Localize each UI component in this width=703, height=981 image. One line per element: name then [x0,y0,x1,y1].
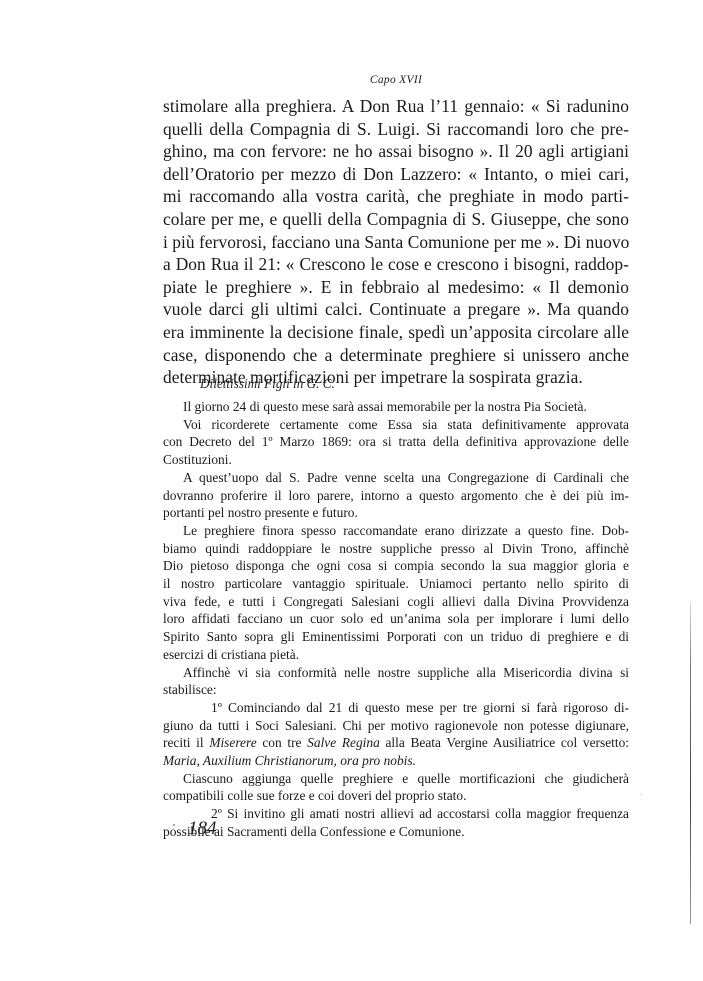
text-fragment: con tre [257,735,308,750]
letter-salutation: Dilettissimi Figli in G. C. [200,376,335,392]
letter-line: loro affidati facciano un cuor solo ed u… [163,610,629,628]
letter-line: viva fede, e tutti i Congregati Salesian… [163,593,629,611]
letter-line: Costituzioni. [163,451,629,469]
scan-speck [641,794,642,795]
text-line: a Don Rua il 21: « Crescono le cose e cr… [163,253,629,276]
letter-line: A quest’uopo dal S. Padre venne scelta u… [163,469,629,487]
letter-line: Il giorno 24 di questo mese sarà assai m… [163,398,629,416]
text-fragment: reciti il [163,735,209,750]
letter-line: stabilisce: [163,681,629,699]
page-number: 184 [188,818,217,840]
letter-line: possibile ai Sacramenti della Confession… [163,823,629,841]
letter-line: 1º Cominciando dal 21 di questo mese per… [163,699,629,717]
letter-line: reciti il Miserere con tre Salve Regina … [163,734,629,752]
text-line: colare per me, e quelli della Compagnia … [163,208,629,231]
letter-line: Voi ricorderete certamente come Essa sia… [163,416,629,434]
text-line: quelli della Compagnia di S. Luigi. Si r… [163,118,629,141]
text-line: ghino, ma con fervore: ne ho assai bisog… [163,140,629,163]
text-line: stimolare alla preghiera. A Don Rua l’11… [163,95,629,118]
letter-line: esercizi di cristiana pietà. [163,646,629,664]
text-line: era imminente la decisione finale, spedì… [163,321,629,344]
text-line: mi raccomando alla vostra carità, che pr… [163,185,629,208]
letter-line: dovranno proferire il loro parere, intor… [163,487,629,505]
italic-title: Miserere [209,735,256,750]
letter-line: il nostro particolare vantaggio spiritua… [163,575,629,593]
text-line: dell’Oratorio per mezzo di Don Lazzero: … [163,163,629,186]
letter-line: Ciascuno aggiunga quelle preghiere e que… [163,770,629,788]
letter-line: biamo quindi raddoppiare le nostre suppl… [163,540,629,558]
letter-line: Maria, Auxilium Christianorum, ora pro n… [163,752,629,770]
text-line: i più fervorosi, facciano una Santa Comu… [163,231,629,254]
scan-speck [173,824,175,826]
running-head: Capo XVII [163,74,629,86]
letter-line: Dio pietoso disponga che ogni cosa si co… [163,557,629,575]
scanned-book-page: Capo XVII stimolare alla preghiera. A Do… [0,0,703,981]
letter-line: 2º Si invitino gli amati nostri allievi … [163,805,629,823]
letter-line: con Decreto del 1º Marzo 1869: ora si tr… [163,433,629,451]
letter-line: Spirito Santo sopra gli Eminentissimi Po… [163,628,629,646]
scan-edge-line [690,602,691,924]
text-line: case, disponendo che a determinate pregh… [163,344,629,367]
letter-line: Affinchè vi sia conformità nelle nostre … [163,664,629,682]
text-fragment: alla Beata Vergine Ausiliatrice col vers… [380,735,629,750]
letter-line: portanti pel nostro presente e futuro. [163,504,629,522]
italic-title: Salve Regina [307,735,380,750]
main-body-text: stimolare alla preghiera. A Don Rua l’11… [163,95,629,389]
circular-letter-text: Il giorno 24 di questo mese sarà assai m… [163,398,629,841]
letter-line: giuno da tutti i Soci Salesiani. Chi per… [163,717,629,735]
letter-line: Le preghiere finora spesso raccomandate … [163,522,629,540]
text-line: piate le preghiere ». E in febbraio al m… [163,276,629,299]
text-line: vuole darci gli ultimi calci. Continuate… [163,298,629,321]
letter-line: compatibili colle sue forze e coi doveri… [163,787,629,805]
